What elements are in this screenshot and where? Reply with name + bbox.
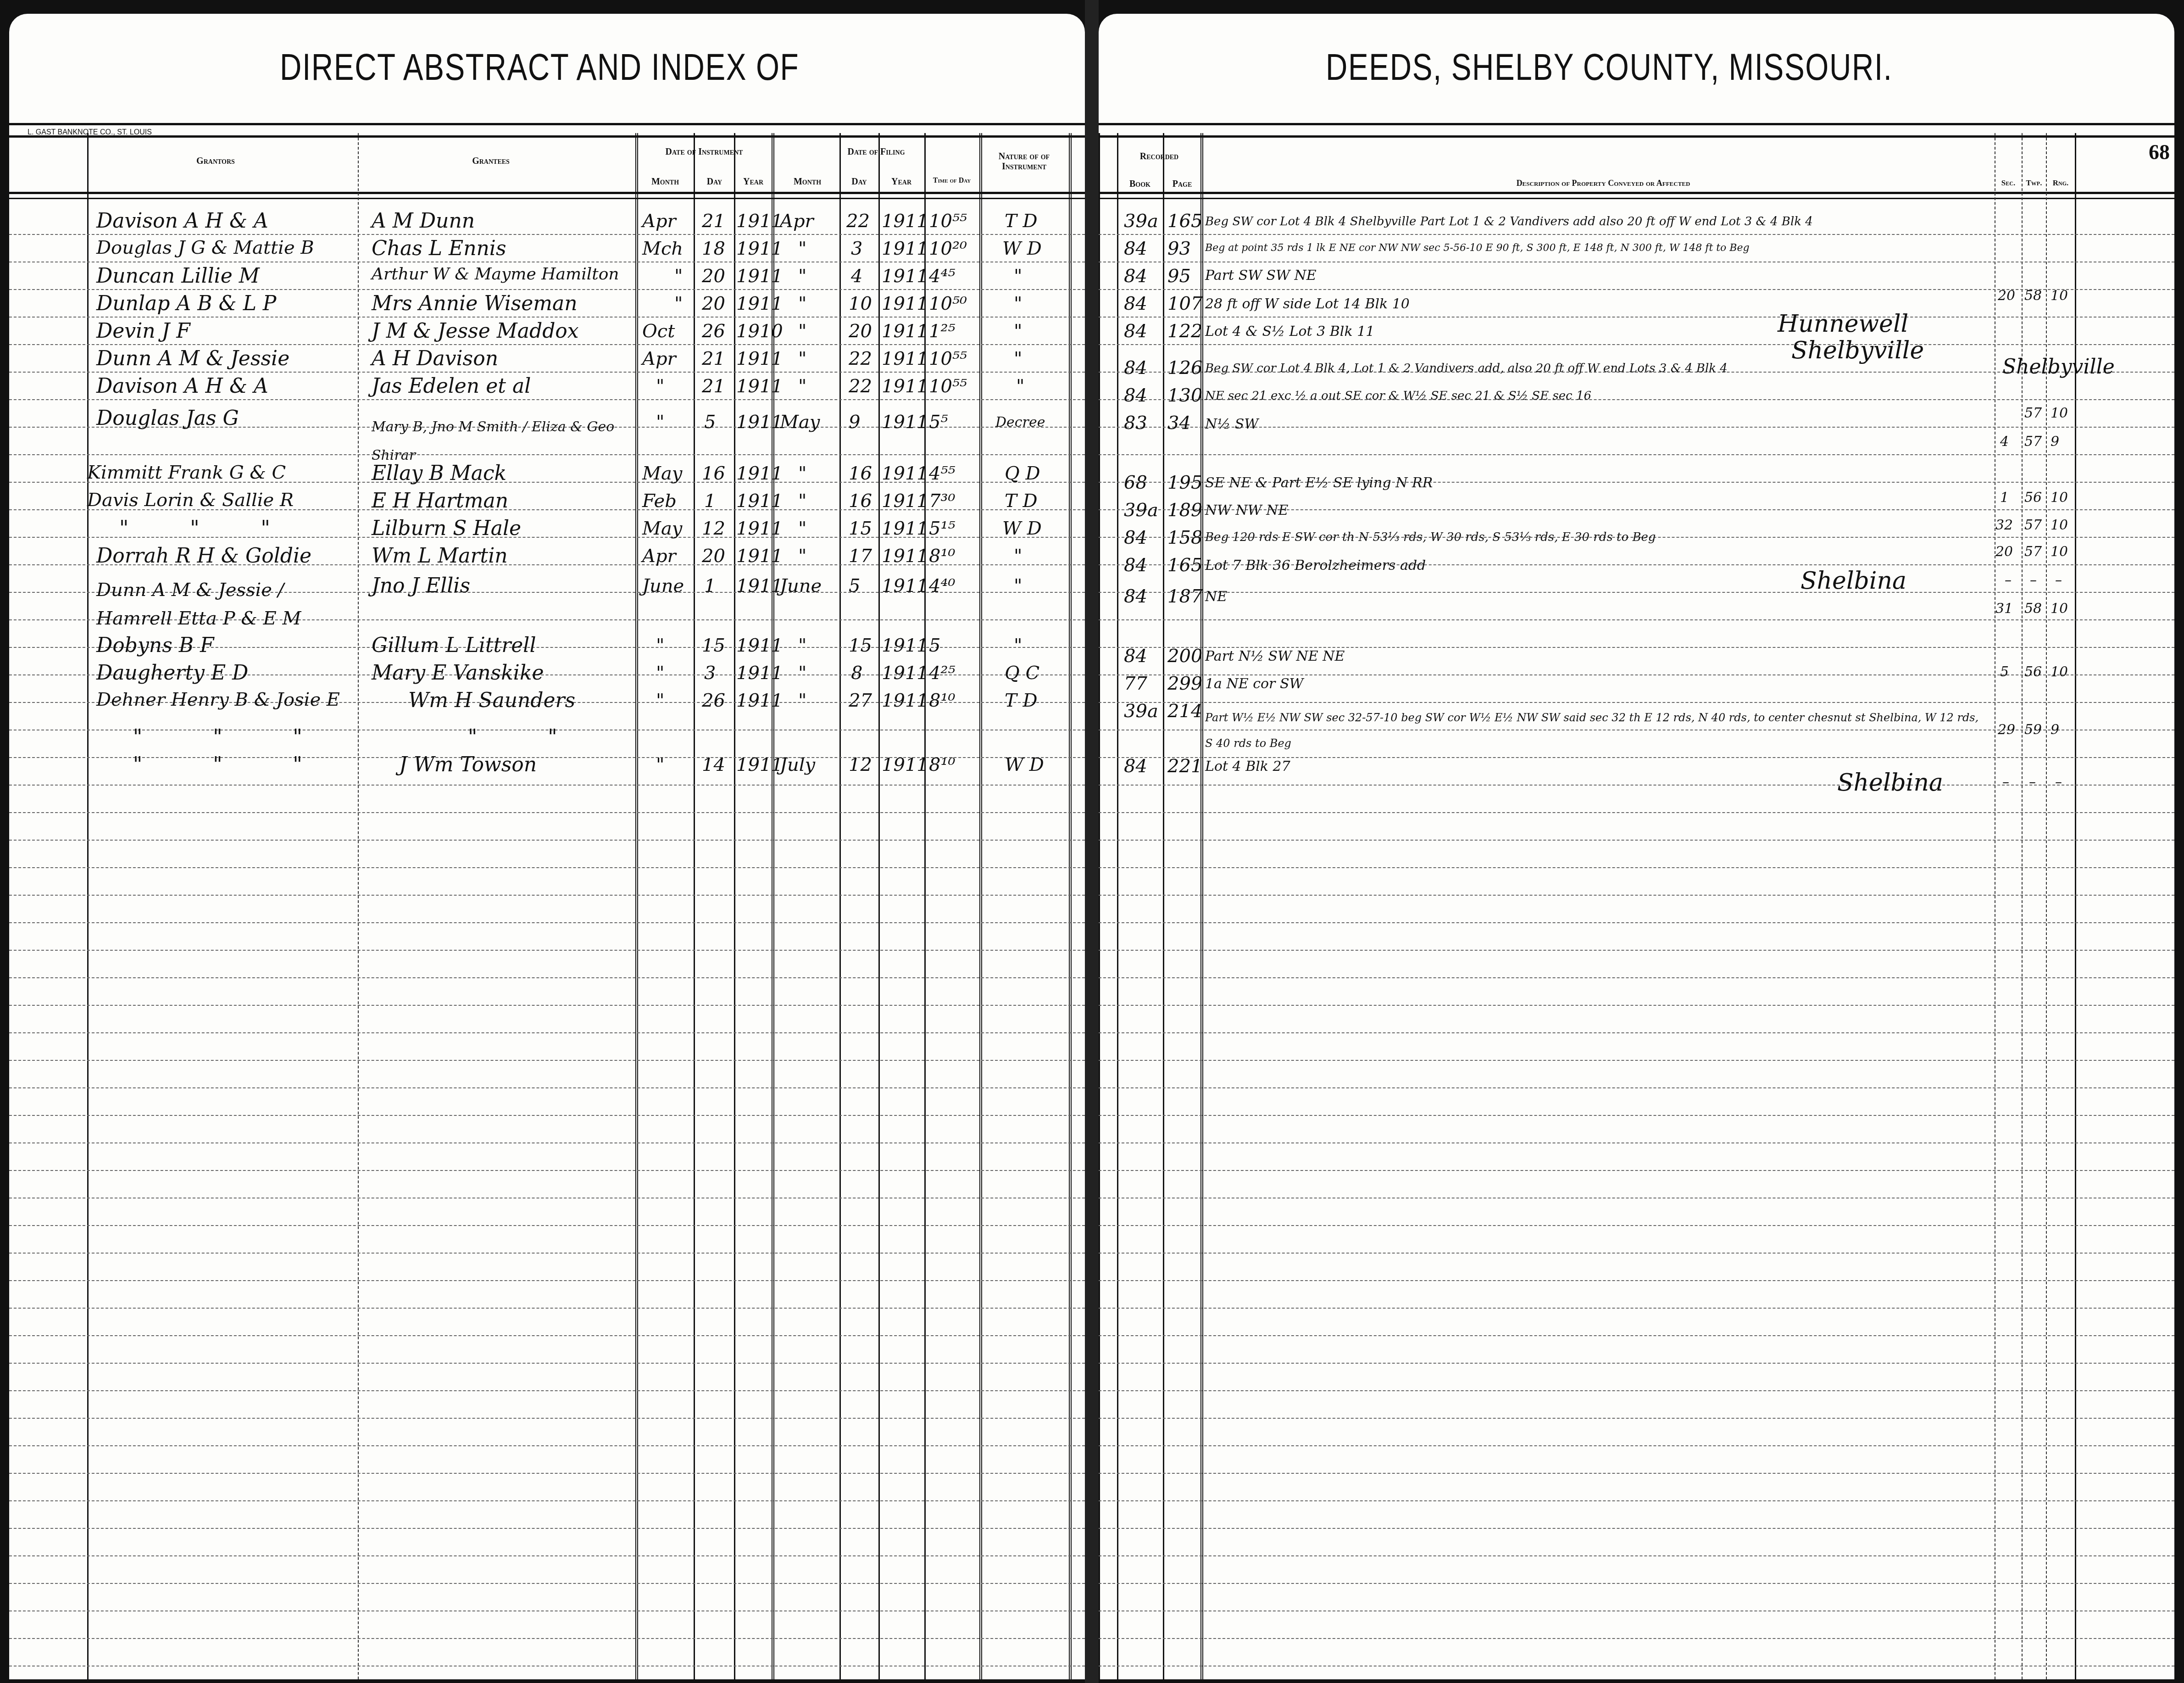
ledger-rule <box>1099 317 2174 318</box>
page-cell: 221 <box>1167 757 1202 775</box>
inst-month-cell: " <box>674 295 683 313</box>
ledger-rule <box>1099 1583 2174 1584</box>
nature-cell: " <box>1014 547 1022 565</box>
grantee-cell: Wm H Saunders <box>408 691 575 711</box>
file-month-cell: " <box>798 492 806 510</box>
book-cell: 84 <box>1124 295 1147 313</box>
file-year-cell: 1911 <box>882 636 928 655</box>
inst-day-cell: 20 <box>702 547 725 565</box>
header-inst-year: Year <box>735 177 771 187</box>
time-cell: 8¹⁰ <box>929 756 956 774</box>
page-cell: 165 <box>1167 212 1202 230</box>
file-day-cell: 5 <box>849 577 860 595</box>
file-month-cell: " <box>798 240 806 258</box>
ledger-rule <box>9 1142 1085 1143</box>
nature-cell: T D <box>1005 492 1037 510</box>
description-cell: 1a NE cor SW <box>1205 677 1303 691</box>
rng-cell: – <box>2055 574 2062 587</box>
time-cell: 5¹⁵ <box>929 519 956 538</box>
sec-cell: 20 <box>1998 289 2015 303</box>
sec-cell: 29 <box>1998 723 2015 737</box>
time-cell: 10⁵⁵ <box>929 377 967 396</box>
book-cell: 39a <box>1124 702 1158 720</box>
inst-day-cell: 18 <box>702 240 725 258</box>
inst-day-cell: 21 <box>702 377 725 396</box>
time-cell: 10²⁰ <box>929 240 967 258</box>
inst-year-cell: 1911 <box>736 547 783 565</box>
twp-cell: 57 <box>2024 518 2042 532</box>
nature-cell: T D <box>1005 691 1037 710</box>
book-cell: 39a <box>1124 501 1158 519</box>
file-month-cell: " <box>798 350 806 368</box>
inst-month-cell: May <box>642 519 682 538</box>
grantee-cell: Mary E Vanskike <box>372 663 544 683</box>
grantee-cell: Gillum L Littrell <box>372 635 536 656</box>
inst-year-cell: 1910 <box>736 322 783 340</box>
inst-year-cell: 1911 <box>736 350 783 368</box>
page-cell: 122 <box>1167 322 1202 340</box>
ledger-rule <box>9 840 1085 841</box>
file-year-cell: 1911 <box>882 464 928 483</box>
header-page: Page <box>1164 179 1200 189</box>
sec-cell: 5 <box>2000 665 2009 679</box>
inst-month-cell: " <box>656 636 664 655</box>
inst-day-cell: 3 <box>704 664 716 682</box>
ledger-rule <box>9 1060 1085 1061</box>
twp-cell: 59 <box>2024 723 2042 737</box>
inst-day-cell: 1 <box>704 577 716 595</box>
book-cell: 84 <box>1124 587 1147 606</box>
grantor-cell: Daugherty E D <box>96 663 248 683</box>
book-cell: 84 <box>1124 322 1147 340</box>
header-file-day: Day <box>840 177 878 187</box>
file-month-cell: " <box>798 519 806 538</box>
file-month-cell: " <box>798 691 806 710</box>
inst-day-cell: 1 <box>704 492 716 510</box>
grantor-cell: Duncan Lillie M <box>96 266 260 286</box>
nature-cell: " <box>1016 377 1024 396</box>
page-cell: 34 <box>1167 414 1191 432</box>
inst-year-cell: 1911 <box>736 636 783 655</box>
ledger-rule <box>1099 1666 2174 1666</box>
file-year-cell: 1911 <box>882 492 928 510</box>
ledger-rule <box>1099 1555 2174 1556</box>
ledger-rule <box>9 922 1085 923</box>
book-cell: 68 <box>1124 474 1147 492</box>
book-cell: 84 <box>1124 386 1147 405</box>
time-cell: 10⁵⁵ <box>929 212 967 230</box>
file-year-cell: 1911 <box>882 322 928 340</box>
column-divider <box>878 133 880 1679</box>
nature-cell: " <box>1014 267 1022 285</box>
description-cell: Lot 4 Blk 27 <box>1205 760 1290 774</box>
grantor-cell: Dorrah R H & Goldie <box>96 546 311 566</box>
file-day-cell: 27 <box>849 691 872 710</box>
description-cell: Lot 7 Blk 36 Berolzheimers add <box>1205 559 1426 573</box>
inst-month-cell: " <box>656 756 664 774</box>
sec-cell: 1 <box>2000 491 2009 505</box>
page-cell: 214 <box>1167 702 1202 720</box>
nature-cell: " <box>1014 322 1022 340</box>
inst-month-cell: Mch <box>642 240 683 258</box>
inst-year-cell: 1911 <box>736 464 783 483</box>
file-month-cell: May <box>780 413 820 431</box>
inst-month-cell: " <box>656 664 664 682</box>
grantee-cell: Ellay B Mack <box>372 463 506 484</box>
ledger-rule <box>1099 1445 2174 1446</box>
inst-month-cell: " <box>656 377 664 396</box>
ledger-rule <box>1099 1142 2174 1143</box>
book-cell: 84 <box>1124 359 1147 377</box>
file-month-cell: Apr <box>780 212 814 230</box>
inst-year-cell: 1911 <box>736 519 783 538</box>
book-cell: 83 <box>1124 414 1147 432</box>
ledger-rule <box>1099 1473 2174 1474</box>
column-divider <box>734 133 735 1679</box>
ledger-rule <box>1099 922 2174 923</box>
file-day-cell: 16 <box>849 492 872 510</box>
grantor-cell: " " " <box>133 727 302 747</box>
time-cell: 1²⁵ <box>929 322 956 340</box>
ledger-rule <box>1099 785 2174 786</box>
nature-cell: Q D <box>1005 464 1040 483</box>
nature-cell: " <box>1014 636 1022 655</box>
ledger-rule <box>9 234 1085 235</box>
column-divider <box>87 133 89 1679</box>
column-divider <box>839 133 841 1679</box>
rng-cell: 10 <box>2051 289 2068 303</box>
town-label: Shelbina <box>1837 771 1943 795</box>
ledger-rule <box>1099 1308 2174 1309</box>
inst-day-cell: 21 <box>702 350 725 368</box>
ledger-rule <box>9 895 1085 896</box>
sec-cell: 32 <box>1995 518 2013 532</box>
file-day-cell: 22 <box>849 377 872 396</box>
inst-year-cell: 1911 <box>736 240 783 258</box>
page-cell: 189 <box>1167 501 1202 519</box>
ledger-rule <box>1099 1253 2174 1254</box>
inst-year-cell: 1911 <box>736 492 783 510</box>
ledger-rule <box>9 372 1085 373</box>
grantee-cell: Chas L Ennis <box>372 239 506 259</box>
description-cell: 28 ft off W side Lot 14 Blk 10 <box>1205 297 1410 311</box>
page-title-right: DEEDS, SHELBY COUNTY, MISSOURI. <box>1326 46 1893 89</box>
file-day-cell: 12 <box>849 756 872 774</box>
ledger-rule <box>9 867 1085 868</box>
file-month-cell: " <box>798 547 806 565</box>
nature-cell: " <box>1014 350 1022 368</box>
ledger-rule <box>9 1445 1085 1446</box>
grantee-cell: J M & Jesse Maddox <box>372 321 579 341</box>
ledger-rule <box>1099 702 2174 703</box>
nature-cell: " <box>1014 295 1022 313</box>
grantor-cell: Douglas Jas G <box>96 408 239 429</box>
description-cell: NE sec 21 exc ½ a out SE cor & W½ SE sec… <box>1205 390 1591 402</box>
rng-cell: 10 <box>2051 545 2068 559</box>
inst-day-cell: 5 <box>704 413 716 431</box>
ledger-rule <box>9 977 1085 978</box>
ledger-rule <box>9 785 1085 786</box>
ledger-rule <box>9 1280 1085 1281</box>
file-month-cell: " <box>798 636 806 655</box>
header-grantees: Grantees <box>422 156 560 166</box>
ledger-rule <box>9 1253 1085 1254</box>
inst-day-cell: 16 <box>702 464 725 483</box>
twp-cell: – <box>2030 574 2037 587</box>
inst-year-cell: 1911 <box>736 577 783 595</box>
file-year-cell: 1911 <box>882 691 928 710</box>
ledger-rule <box>9 1555 1085 1556</box>
grantee-cell: Lilburn S Hale <box>372 518 521 539</box>
file-year-cell: 1911 <box>882 577 928 595</box>
inst-day-cell: 26 <box>702 322 725 340</box>
ledger-rule <box>9 1032 1085 1033</box>
inst-month-cell: Feb <box>642 492 677 510</box>
ledger-rule <box>9 344 1085 345</box>
header-time-of-day: Time of Day <box>925 177 978 185</box>
header-bottom-rule <box>1099 192 2174 199</box>
header-rng: Rng. <box>2047 179 2074 188</box>
file-day-cell: 17 <box>849 547 872 565</box>
grantor-cell: Davison A H & A <box>96 376 268 396</box>
rng-cell: 9 <box>2051 723 2059 737</box>
grantee-cell: A H Davison <box>372 349 498 369</box>
time-cell: 8¹⁰ <box>929 691 956 710</box>
inst-year-cell: 1911 <box>736 267 783 285</box>
column-divider <box>694 133 695 1679</box>
sec-cell: 20 <box>1995 545 2013 559</box>
ledger-rule <box>9 1390 1085 1391</box>
column-divider <box>635 133 638 1679</box>
description-cell: Lot 4 & S½ Lot 3 Blk 11 <box>1205 325 1374 339</box>
time-cell: 10⁵⁵ <box>929 350 967 368</box>
town-label: Shelbyville <box>2002 357 2115 377</box>
grantor-cell: Dehner Henry B & Josie E <box>96 691 340 709</box>
page-cell: 107 <box>1167 295 1202 313</box>
page-cell: 95 <box>1167 267 1191 285</box>
file-day-cell: 9 <box>849 413 860 431</box>
town-label: Hunnewell <box>1778 312 1908 336</box>
ledger-rule <box>9 1528 1085 1529</box>
description-cell: Beg SW cor Lot 4 Blk 4, Lot 1 & 2 Vandiv… <box>1205 362 1728 374</box>
ledger-rule <box>1099 1418 2174 1419</box>
file-year-cell: 1911 <box>882 267 928 285</box>
column-divider <box>1163 133 1164 1679</box>
inst-month-cell: " <box>656 691 664 710</box>
page-cell: 200 <box>1167 647 1202 665</box>
grantor-cell: Douglas J G & Mattie B <box>96 239 314 257</box>
ledger-rule <box>9 1583 1085 1584</box>
description-cell: Beg 120 rds E SW cor th N 53⅓ rds, W 30 … <box>1205 531 1656 543</box>
ledger-rule <box>1099 1225 2174 1226</box>
inst-day-cell: 20 <box>702 267 725 285</box>
book-cell: 84 <box>1124 556 1147 574</box>
page-cell: 187 <box>1167 587 1202 606</box>
grantor-cell: Devin J F <box>96 321 190 341</box>
page-title-left: DIRECT ABSTRACT AND INDEX OF <box>280 46 799 89</box>
page-cell: 93 <box>1167 240 1191 258</box>
grantor-cell: Kimmitt Frank G & C <box>87 463 286 482</box>
grantor-cell: Davison A H & A <box>96 211 268 231</box>
time-cell: 5 <box>929 636 940 655</box>
file-year-cell: 1911 <box>882 413 928 431</box>
inst-year-cell: 1911 <box>736 691 783 710</box>
rng-cell: – <box>2055 775 2062 789</box>
ledger-rule <box>9 1666 1085 1666</box>
file-day-cell: 22 <box>846 212 870 230</box>
header-rule <box>1099 123 2174 138</box>
twp-cell: 56 <box>2024 491 2042 505</box>
sec-cell: – <box>2005 574 2012 587</box>
grantor-cell: Davis Lorin & Sallie R <box>87 491 294 509</box>
town-label: Shelbina <box>1801 569 1906 593</box>
right-page: DEEDS, SHELBY COUNTY, MISSOURI. 68 Recor… <box>1099 14 2174 1679</box>
description-cell: NW NW NE <box>1205 504 1288 518</box>
ledger-rule <box>9 1418 1085 1419</box>
nature-cell: T D <box>1005 212 1037 230</box>
twp-cell: 56 <box>2024 665 2042 679</box>
file-day-cell: 4 <box>851 267 862 285</box>
column-divider <box>1117 133 1118 1679</box>
ledger-rule <box>1099 1170 2174 1171</box>
header-bottom-rule <box>9 192 1085 199</box>
inst-year-cell: 1911 <box>736 212 783 230</box>
ledger-rule <box>9 1308 1085 1309</box>
description-cell: Part SW SW NE <box>1205 269 1317 283</box>
file-year-cell: 1911 <box>882 295 928 313</box>
inst-year-cell: 1911 <box>736 664 783 682</box>
file-day-cell: 3 <box>851 240 862 258</box>
time-cell: 4⁴⁵ <box>929 267 956 285</box>
inst-day-cell: 21 <box>702 212 725 230</box>
inst-month-cell: Apr <box>642 350 676 368</box>
description-cell: Part W½ E½ NW SW sec 32-57-10 beg SW cor… <box>1205 705 1985 756</box>
file-month-cell: " <box>798 664 806 682</box>
sec-cell: 4 <box>2000 435 2009 449</box>
ledger-rule <box>1099 1335 2174 1336</box>
ledger-rule <box>1099 757 2174 758</box>
header-description: Description of Property Conveyed or Affe… <box>1282 179 1924 188</box>
inst-day-cell: 12 <box>702 519 725 538</box>
inst-month-cell: " <box>656 413 664 431</box>
time-cell: 4²⁵ <box>929 664 956 682</box>
inst-year-cell: 1911 <box>736 413 783 431</box>
book-cell: 84 <box>1124 240 1147 258</box>
inst-month-cell: May <box>642 464 682 483</box>
ledger-rule <box>1099 592 2174 593</box>
ledger-rule <box>1099 1060 2174 1061</box>
column-divider <box>1069 133 1072 1679</box>
inst-month-cell: Apr <box>642 547 676 565</box>
time-cell: 4⁴⁰ <box>929 577 956 595</box>
header-book: Book <box>1118 179 1162 189</box>
column-divider <box>358 133 359 1679</box>
grantee-cell: J Wm Towson <box>399 755 537 775</box>
ledger-rule <box>9 1638 1085 1639</box>
file-year-cell: 1911 <box>882 212 928 230</box>
nature-cell: W D <box>1002 240 1042 258</box>
ledger-rule <box>1099 427 2174 428</box>
description-cell: Beg at point 35 rds 1 lk E NE cor NW NW … <box>1205 243 1750 253</box>
ledger-rule <box>1099 1611 2174 1611</box>
sec-cell: 31 <box>1995 602 2013 616</box>
grantee-cell: E H Hartman <box>372 491 508 511</box>
header-date-of-filing: Date of Filing <box>775 147 977 157</box>
ledger-rule <box>9 812 1085 813</box>
ledger-rule <box>1099 1280 2174 1281</box>
grantee-cell: A M Dunn <box>372 211 475 231</box>
file-day-cell: 10 <box>849 295 872 313</box>
file-month-cell: " <box>798 464 806 483</box>
book-cell: 39a <box>1124 212 1158 230</box>
header-inst-month: Month <box>638 177 693 187</box>
inst-month-cell: " <box>674 267 683 285</box>
ledger-rule <box>1099 950 2174 951</box>
inst-day-cell: 20 <box>702 295 725 313</box>
twp-cell: 58 <box>2024 289 2042 303</box>
description-cell: N½ SW <box>1205 418 1258 431</box>
rng-cell: 10 <box>2051 491 2068 505</box>
header-nature-of-instrument: Nature of of Instrument <box>982 151 1067 172</box>
inst-year-cell: 1911 <box>736 377 783 396</box>
page-cell: 299 <box>1167 674 1202 693</box>
ledger-rule <box>9 1500 1085 1501</box>
nature-cell: W D <box>1002 519 1042 538</box>
ledger-rule <box>9 1335 1085 1336</box>
left-page: DIRECT ABSTRACT AND INDEX OF L. GAST BAN… <box>9 14 1085 1679</box>
page-number: 68 <box>2149 140 2170 164</box>
ledger-rule <box>1099 840 2174 841</box>
time-cell: 7³⁰ <box>929 492 956 510</box>
inst-day-cell: 26 <box>702 691 725 710</box>
inst-month-cell: Apr <box>642 212 676 230</box>
town-label: Shelbyville <box>1791 339 1924 362</box>
ledger-rule <box>1099 1500 2174 1501</box>
time-cell: 5⁵ <box>929 413 948 431</box>
ledger-rule <box>1099 1528 2174 1529</box>
ledger-rule <box>1099 454 2174 455</box>
ledger-rule <box>9 262 1085 262</box>
rng-cell: 10 <box>2051 665 2068 679</box>
book-cell: 84 <box>1124 267 1147 285</box>
ledger-rule <box>9 317 1085 318</box>
page-cell: 195 <box>1167 474 1202 492</box>
header-rule <box>9 123 1085 138</box>
file-day-cell: 8 <box>851 664 862 682</box>
grantor-cell: Dobyns B F <box>96 635 214 656</box>
ledger-rule <box>9 1225 1085 1226</box>
grantor-cell: " " " <box>119 518 270 539</box>
column-divider <box>979 133 982 1679</box>
time-cell: 8¹⁰ <box>929 547 956 565</box>
grantee-cell: " " <box>468 727 557 747</box>
header-sec: Sec. <box>1995 179 2021 188</box>
header-file-year: Year <box>879 177 923 187</box>
inst-month-cell: Oct <box>642 322 675 340</box>
rng-cell: 10 <box>2051 602 2068 616</box>
file-month-cell: July <box>780 756 815 774</box>
ledger-rule <box>9 1473 1085 1474</box>
time-cell: 4⁵⁵ <box>929 464 956 483</box>
grantee-cell: Wm L Martin <box>372 546 508 566</box>
printer-imprint: L. GAST BANKNOTE CO., ST. LOUIS <box>28 128 152 137</box>
file-year-cell: 1911 <box>882 756 928 774</box>
nature-cell: Q C <box>1005 664 1039 682</box>
ledger-rule <box>1099 619 2174 620</box>
header-inst-day: Day <box>695 177 734 187</box>
inst-year-cell: 1911 <box>736 756 783 774</box>
file-month-cell: " <box>798 295 806 313</box>
